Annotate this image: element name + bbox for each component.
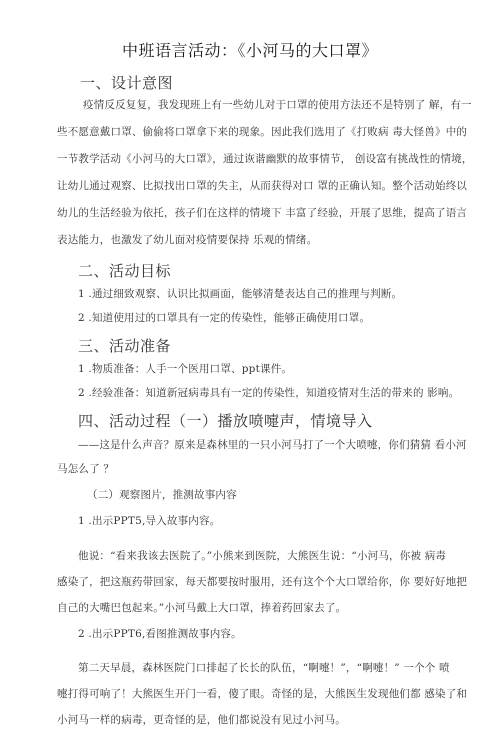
list-item: 2 .经验准备：知道新冠病毒具有一定的传染性，知道疫情对生活的带来的 影响。	[78, 385, 459, 400]
document-page: 中班语言活动：《小河马的大口罩》 一、设计意图 疫情反反复复，我发现班上有一些幼…	[0, 0, 500, 732]
list-item: 2 .知道使用过的口罩具有一定的传染性，能够正确使用口罩。	[78, 310, 370, 325]
paragraph-line: 第二天早晨，森林医院门口排起了长长的队伍，“啊嚏！”，“啊嚏！” 一个个 喷	[78, 660, 446, 675]
paragraph-line: 嚏打得可响了！大熊医生开门一看，傻了眼。奇怪的是，大熊医生发现他们都 感染了和	[57, 686, 448, 701]
section-heading-design-intent: 一、设计意图	[80, 72, 173, 93]
paragraph-line: 让幼儿通过观察、比拟找出口罩的失主，从而获得对口 罩的正确认知。整个活动始终以	[57, 178, 455, 193]
document-title: 中班语言活动：《小河马的大口罩》	[0, 38, 500, 61]
section-heading-goals: 二、活动目标	[78, 260, 171, 281]
paragraph-line: 一节教学活动《小河马的大口罩》，通过诙谐幽默的故事情节， 创设富有挑战性的情境，	[57, 151, 457, 166]
paragraph-line: ——这是什么声音？原来是森林里的一只小河马打了一个大喷嚏，你们猜猜 看小河	[78, 437, 446, 452]
subheading: （二）观察图片，推测故事内容	[87, 487, 237, 502]
paragraph-line: 马怎么了 ？	[57, 461, 114, 476]
section-heading-preparation: 三、活动准备	[78, 335, 171, 356]
list-item: 1 .出示PPT5,导入故事内容。	[78, 513, 220, 528]
paragraph-line: 表达能力，也激发了幼儿面对疫情要保持 乐观的情绪。	[57, 232, 317, 247]
paragraph-line: 感染了，把这瓶药带回家，每天都要按时服用，还有这个个大口罩给你，你 要好好地把	[57, 574, 448, 589]
paragraph-line: 幼儿的生活经验为依托，孩子们在这样的情境下 丰富了经验，开展了思维，提高了语言	[57, 205, 455, 220]
list-item: 1 .物质准备：人手一个医用口罩、ppt课件。	[78, 361, 292, 376]
paragraph-line: 些不愿意戴口罩、偷偷将口罩拿下来的现象。因此我们选用了《打败病 毒大怪兽》中的	[57, 124, 455, 139]
list-item: 1 .通过细致观察、认识比拟画面，能够清楚表达自己的推理与判断。	[78, 286, 402, 301]
paragraph-line: 疫情反反复复，我发现班上有一些幼儿对于口罩的使用方法还不是特别了 解，有一	[83, 97, 455, 112]
paragraph-line: 自己的大嘴巴包起来。”小河马戴上大口罩，捧着药回家去了。	[57, 600, 346, 615]
paragraph-line: 小河马一样的病毒，更奇怪的是，他们都说没有见过小河马。	[57, 712, 346, 727]
list-item: 2 .出示PPT6,看图推测故事内容。	[78, 626, 242, 641]
paragraph-line: 他说：“看来我该去医院了。”小熊来到医院，大熊医生说：“小河马，你被 病毒	[78, 548, 446, 563]
section-heading-process: 四、活动过程（一）播放喷嚏声，情境导入	[78, 410, 373, 431]
